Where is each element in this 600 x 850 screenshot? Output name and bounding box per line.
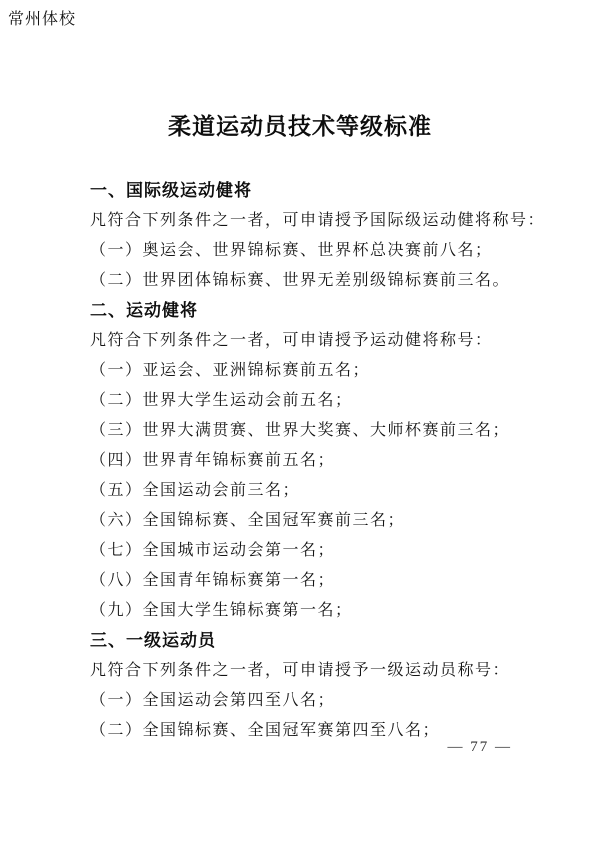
section-sport-master: 二、运动健将 凡符合下列条件之一者，可申请授予运动健将称号： （一）亚运会、亚洲…: [90, 296, 514, 626]
list-item: （二）世界大学生运动会前五名；: [90, 386, 514, 416]
section-heading: 一、国际级运动健将: [90, 176, 514, 206]
list-item: （一）全国运动会第四至八名；: [90, 686, 514, 716]
page-number: — 77 —: [448, 739, 513, 756]
section-first-grade-athlete: 三、一级运动员 凡符合下列条件之一者，可申请授予一级运动员称号： （一）全国运动…: [90, 626, 514, 746]
section-intro: 凡符合下列条件之一者，可申请授予国际级运动健将称号：: [90, 206, 514, 236]
list-item: （四）世界青年锦标赛前五名；: [90, 446, 514, 476]
section-heading: 二、运动健将: [90, 296, 514, 326]
list-item: （三）世界大满贯赛、世界大奖赛、大师杯赛前三名；: [90, 416, 514, 446]
list-item: （九）全国大学生锦标赛第一名；: [90, 596, 514, 626]
header-watermark: 常州体校: [8, 6, 76, 29]
document-page: 常州体校 柔道运动员技术等级标准 一、国际级运动健将 凡符合下列条件之一者，可申…: [0, 0, 600, 850]
list-item: （一）奥运会、世界锦标赛、世界杯总决赛前八名；: [90, 236, 514, 266]
section-international-master: 一、国际级运动健将 凡符合下列条件之一者，可申请授予国际级运动健将称号： （一）…: [90, 176, 514, 296]
list-item: （一）亚运会、亚洲锦标赛前五名；: [90, 356, 514, 386]
document-body: 一、国际级运动健将 凡符合下列条件之一者，可申请授予国际级运动健将称号： （一）…: [90, 176, 514, 746]
list-item: （八）全国青年锦标赛第一名；: [90, 566, 514, 596]
page-title: 柔道运动员技术等级标准: [0, 110, 600, 144]
list-item: （六）全国锦标赛、全国冠军赛前三名；: [90, 506, 514, 536]
section-intro: 凡符合下列条件之一者，可申请授予运动健将称号：: [90, 326, 514, 356]
section-heading: 三、一级运动员: [90, 626, 514, 656]
list-item: （二）世界团体锦标赛、世界无差别级锦标赛前三名。: [90, 266, 514, 296]
list-item: （五）全国运动会前三名；: [90, 476, 514, 506]
list-item: （七）全国城市运动会第一名；: [90, 536, 514, 566]
section-intro: 凡符合下列条件之一者，可申请授予一级运动员称号：: [90, 656, 514, 686]
